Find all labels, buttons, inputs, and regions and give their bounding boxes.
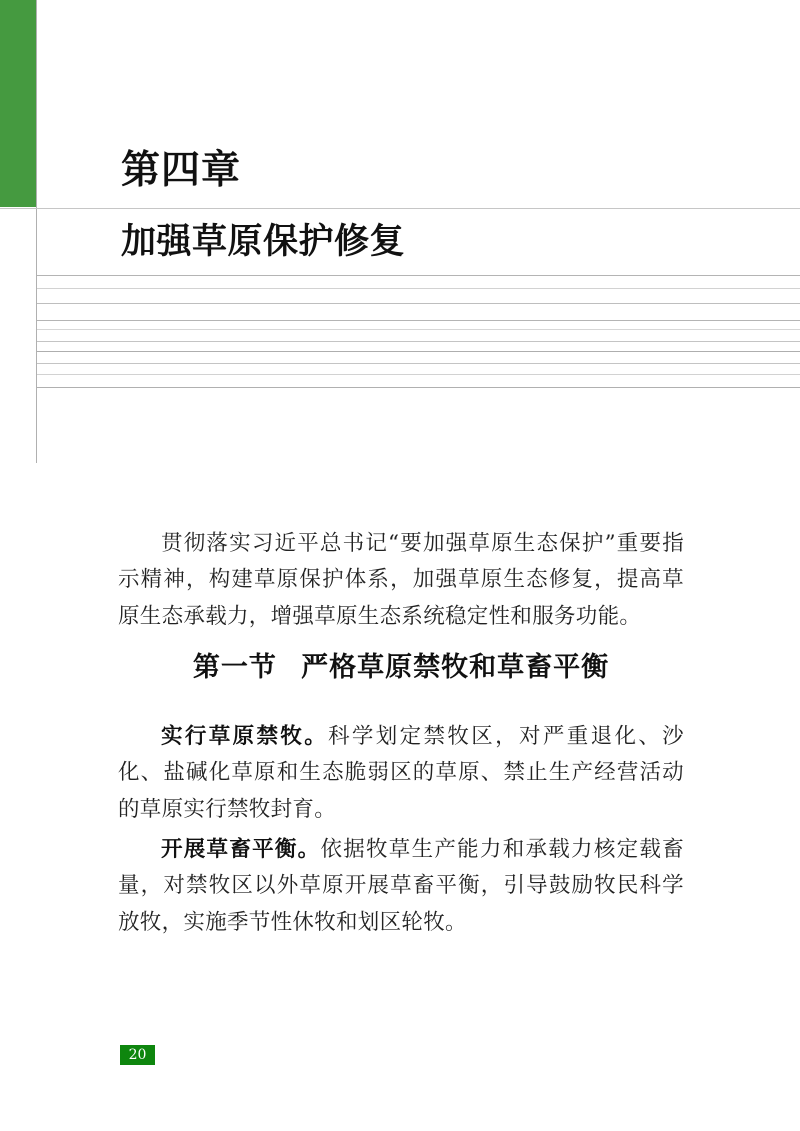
section-label: 第一节	[193, 652, 277, 683]
page-number-badge: 20	[120, 1045, 155, 1065]
chapter-accent-bar	[0, 0, 36, 207]
paragraph-lead: 开展草畜平衡。	[161, 837, 320, 862]
ruled-line	[37, 320, 800, 321]
header-divider-line	[0, 208, 800, 209]
paragraph-lead: 实行草原禁牧。	[161, 724, 328, 749]
chapter-number: 第四章	[121, 148, 241, 192]
ruled-line	[37, 341, 800, 342]
left-margin-rule	[36, 0, 37, 463]
section-title: 严格草原禁牧和草畜平衡	[301, 652, 609, 683]
document-page: 第四章 加强草原保护修复 贯彻落实习近平总书记“要加强草原生态保护”重要指示精神…	[0, 0, 800, 1131]
chapter-title: 加强草原保护修复	[121, 221, 405, 262]
paragraph-livestock-balance: 开展草畜平衡。依据牧草生产能力和承载力核定载畜量，对禁牧区以外草原开展草畜平衡，…	[118, 832, 684, 942]
intro-paragraph: 贯彻落实习近平总书记“要加强草原生态保护”重要指示精神，构建草原保护体系，加强草…	[118, 526, 684, 636]
section-heading: 第一节严格草原禁牧和草畜平衡	[118, 652, 684, 684]
ruled-line	[37, 329, 800, 330]
ruled-line	[37, 303, 800, 304]
ruled-line	[37, 288, 800, 289]
ruled-line	[37, 387, 800, 388]
ruled-line	[37, 363, 800, 364]
ruled-line	[37, 351, 800, 352]
ruled-line	[37, 275, 800, 276]
paragraph-grazing-ban: 实行草原禁牧。科学划定禁牧区，对严重退化、沙化、盐碱化草原和生态脆弱区的草原、禁…	[118, 719, 684, 829]
ruled-line	[37, 374, 800, 375]
